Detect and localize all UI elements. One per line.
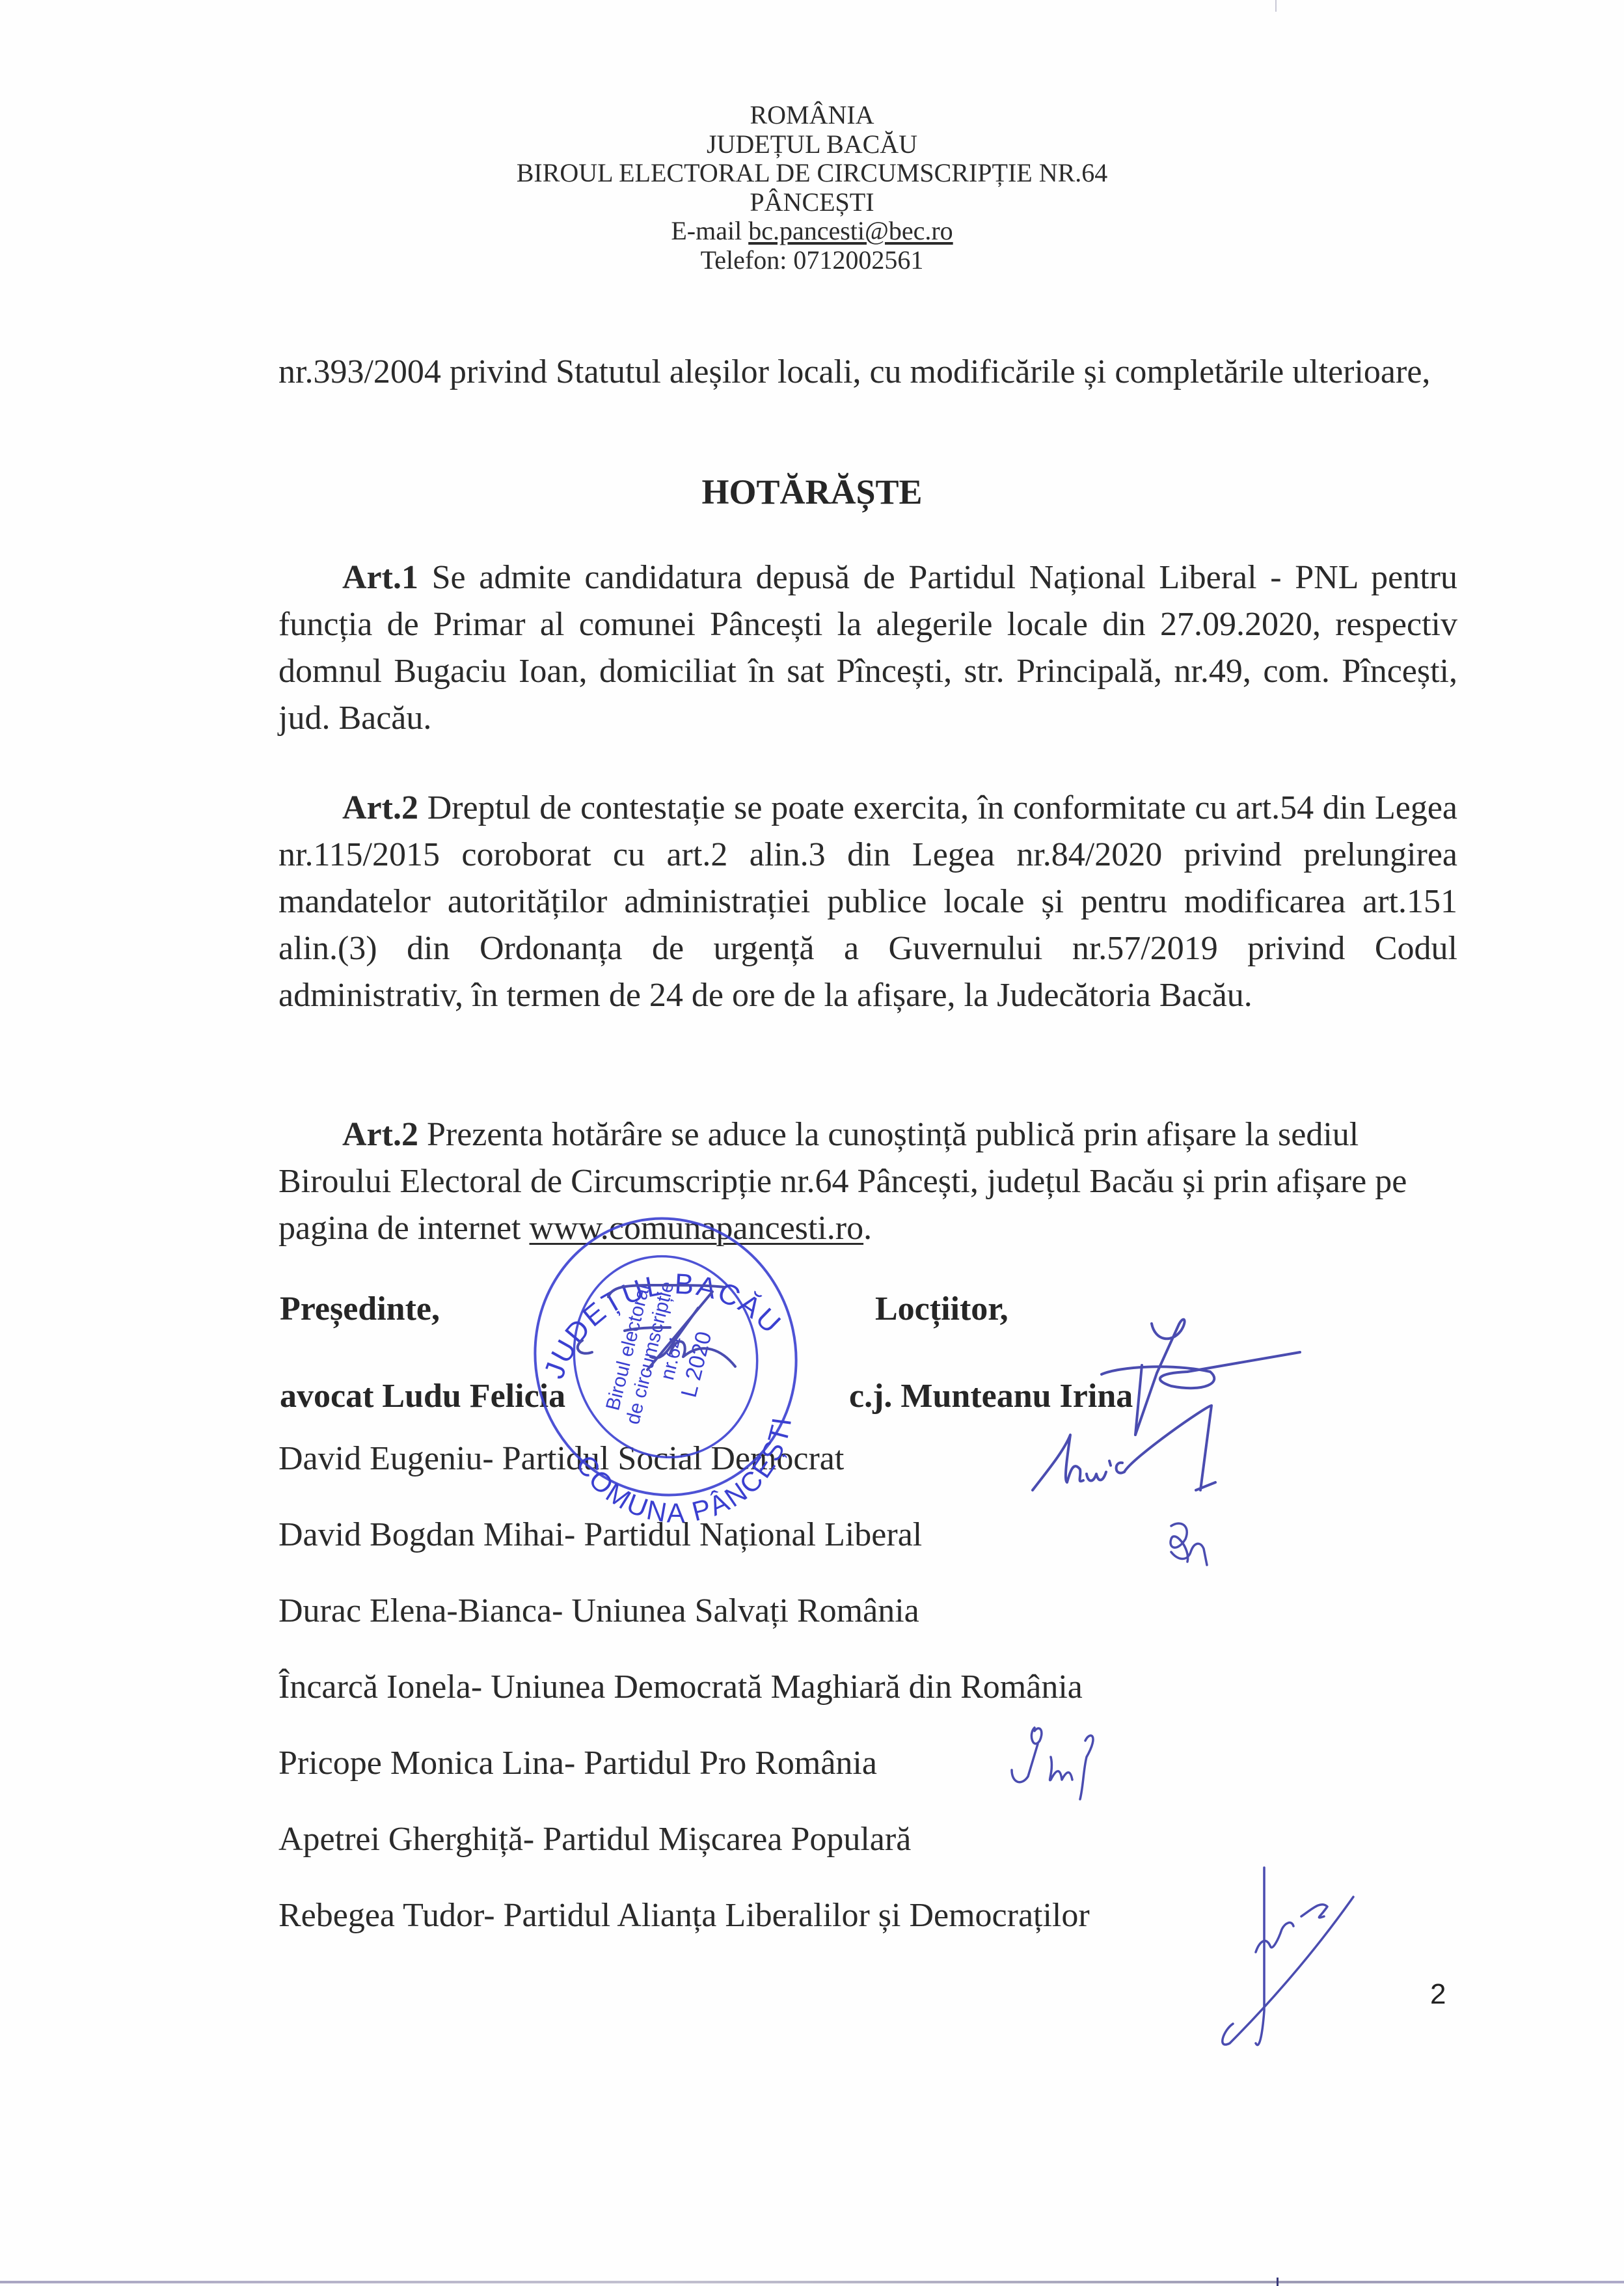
- member-item: Pricope Monica Lina- Partidul Pro Români…: [278, 1744, 877, 1783]
- article-2-label: Art.2: [342, 789, 418, 826]
- email-label: E-mail: [671, 216, 748, 245]
- article-1: Art.1 Se admite candidatura depusă de Pa…: [278, 554, 1457, 742]
- member-item: Încarcă Ionela- Uniunea Democrată Maghia…: [278, 1668, 1083, 1707]
- document-header: ROMÂNIA JUDEȚUL BACĂU BIROUL ELECTORAL D…: [0, 101, 1624, 275]
- stamp-inner-2: de circumscripție: [622, 1279, 678, 1426]
- header-phone: Telefon: 0712002561: [0, 246, 1624, 275]
- stamp-inner-3: nr.64: [656, 1335, 688, 1382]
- header-county: JUDEȚUL BACĂU: [0, 130, 1624, 159]
- email-link[interactable]: bc.pancesti@bec.ro: [748, 216, 953, 245]
- member-signature-icon: [1223, 1868, 1353, 2045]
- scan-artifact: [0, 2281, 1624, 2283]
- member-item: Apetrei Gherghiță- Partidul Mișcarea Pop…: [278, 1820, 911, 1859]
- header-locality: PÂNCEȘTI: [0, 188, 1624, 217]
- member-signature-icon: [1033, 1406, 1215, 1490]
- article-1-text: Se admite candidatura depusă de Partidul…: [278, 559, 1457, 737]
- article-3-trailing: .: [863, 1210, 872, 1247]
- deputy-name: c.j. Munteanu Irina: [849, 1377, 1133, 1416]
- president-signature-icon: [578, 1285, 735, 1370]
- member-item: Durac Elena-Bianca- Uniunea Salvați Româ…: [278, 1592, 919, 1631]
- member-signature-icon: [1012, 1728, 1093, 1799]
- svg-text:JUDEȚUL BACĂU: JUDEȚUL BACĂU: [522, 1245, 792, 1389]
- intro-text: nr.393/2004 privind Statutul aleșilor lo…: [278, 349, 1457, 396]
- header-office: BIROUL ELECTORAL DE CIRCUMSCRIPȚIE NR.64: [0, 159, 1624, 188]
- member-item: Rebegea Tudor- Partidul Alianța Liberali…: [278, 1896, 1090, 1935]
- member-item: David Bogdan Mihai- Partidul Național Li…: [278, 1516, 922, 1555]
- member-item: David Eugeniu- Partidul Social Democrat: [278, 1439, 844, 1478]
- header-country: ROMÂNIA: [0, 101, 1624, 130]
- scan-artifact: [1277, 2278, 1279, 2286]
- header-email-line: E-mail bc.pancesti@bec.ro: [0, 217, 1624, 246]
- document-page: ROMÂNIA JUDEȚUL BACĂU BIROUL ELECTORAL D…: [0, 0, 1624, 2286]
- article-3-label: Art.2: [342, 1116, 418, 1153]
- stamp-inner-1: Biroul electoral: [602, 1282, 654, 1413]
- article-2-text: Dreptul de contestație se poate exercita…: [278, 789, 1457, 1014]
- president-name: avocat Ludu Felicia: [280, 1377, 565, 1416]
- article-1-label: Art.1: [342, 559, 418, 596]
- decision-heading: HOTĂRĂȘTE: [0, 472, 1624, 511]
- stamp-inner-4: L 2020: [677, 1329, 717, 1400]
- article-2-publication: Art.2 Prezenta hotărâre se aduce la cuno…: [278, 1111, 1457, 1252]
- website-link[interactable]: www.comunapancesti.ro: [530, 1210, 864, 1247]
- scan-artifact: [1275, 0, 1277, 12]
- president-title: Președinte,: [280, 1290, 440, 1329]
- article-2-appeal: Art.2 Dreptul de contestație se poate ex…: [278, 785, 1457, 1019]
- deputy-title: Locțiitor,: [875, 1290, 1008, 1329]
- stamp-outer-top: JUDEȚUL BACĂU: [522, 1245, 792, 1389]
- page-number: 2: [1430, 1978, 1446, 2011]
- member-signature-icon: [1171, 1523, 1207, 1565]
- intro-paragraph: nr.393/2004 privind Statutul aleșilor lo…: [278, 349, 1457, 396]
